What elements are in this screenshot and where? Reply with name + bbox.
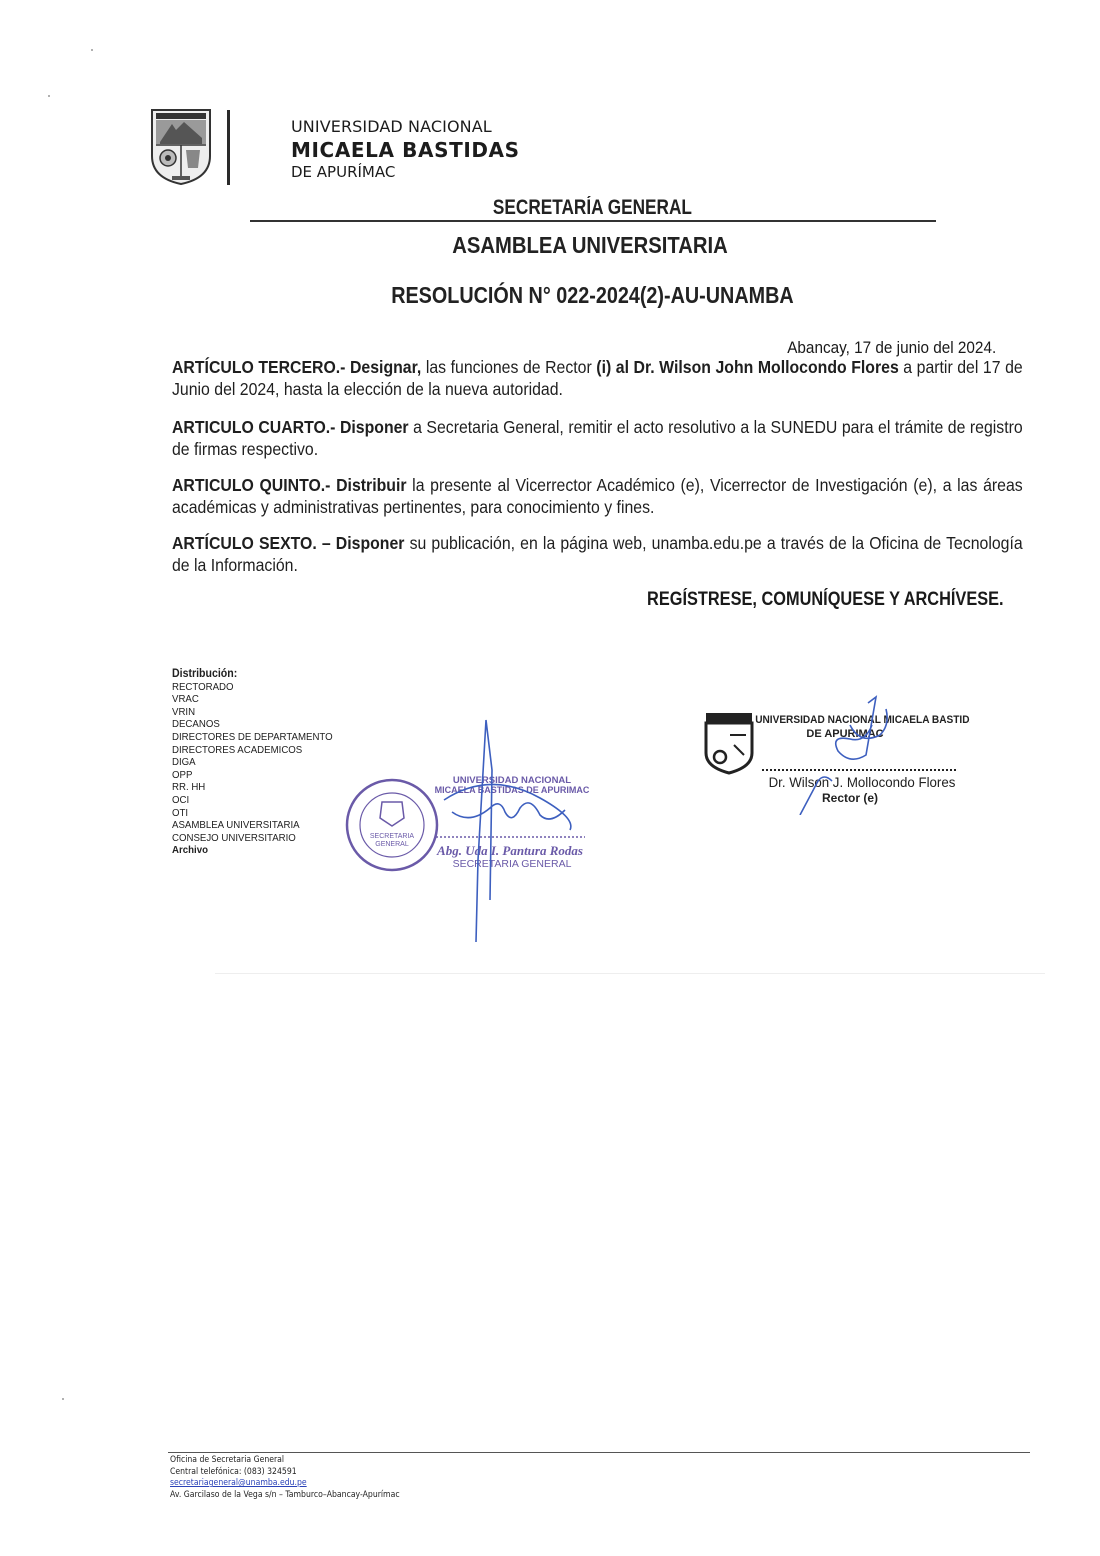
- svg-text:Abg. Uda I. Pantura Rodas: Abg. Uda I. Pantura Rodas: [436, 843, 583, 858]
- svg-text:UNIVERSIDAD NACIONAL MICAELA B: UNIVERSIDAD NACIONAL MICAELA BASTIDAS: [755, 714, 970, 726]
- handwritten-signature: [444, 720, 571, 942]
- svg-text:GENERAL: GENERAL: [375, 841, 409, 848]
- article-cuarto: ARTICULO CUARTO.- Disponer a Secretaria …: [172, 416, 1023, 460]
- article-text: Disponer: [331, 533, 405, 553]
- footer-rule: [168, 1452, 1030, 1453]
- scan-speck: [91, 49, 93, 51]
- article-heading: ARTÍCULO SEXTO. –: [172, 533, 331, 553]
- institution-line3: DE APURÍMAC: [291, 162, 520, 182]
- distribution-item: VRAC: [172, 693, 333, 706]
- article-heading: ARTÍCULO TERCERO.-: [172, 357, 345, 377]
- header-rule: [250, 220, 936, 222]
- svg-text:SECRETARIA GENERAL: SECRETARIA GENERAL: [453, 858, 572, 870]
- article-text: Distribuir: [330, 475, 406, 495]
- closing-formula: REGÍSTRESE, COMUNÍQUESE Y ARCHÍVESE.: [647, 589, 1004, 611]
- document-page: UNIVERSIDAD NACIONAL MICAELA BASTIDAS DE…: [0, 0, 1100, 1556]
- article-sexto: ARTÍCULO SEXTO. – Disponer su publicació…: [172, 532, 1023, 576]
- article-heading: ARTICULO QUINTO.-: [172, 475, 330, 495]
- distribution-item: VRIN: [172, 706, 333, 719]
- svg-text:Rector (e): Rector (e): [822, 791, 878, 805]
- secretary-stamp: SECRETARIA GENERAL UNIVERSIDAD NACIONAL …: [340, 700, 600, 950]
- distribution-item: DIRECTORES ACADEMICOS: [172, 744, 333, 757]
- body-title: ASAMBLEA UNIVERSITARIA: [71, 232, 1100, 259]
- scan-speck: [48, 95, 50, 97]
- distribution-heading: Distribución:: [172, 668, 333, 681]
- distribution-item: CONSEJO UNIVERSITARIO: [172, 832, 333, 845]
- article-text: Disponer: [335, 417, 408, 437]
- footer-email-link[interactable]: secretariageneral@unamba.edu.pe: [170, 1478, 307, 1488]
- svg-text:SECRETARIA: SECRETARIA: [370, 833, 415, 840]
- distribution-items: RECTORADOVRACVRINDECANOSDIRECTORES DE DE…: [172, 681, 333, 845]
- resolution-title: RESOLUCIÓN N° 022-2024(2)-AU-UNAMBA: [83, 282, 1100, 309]
- scan-speck: [62, 1398, 64, 1400]
- footer-address: Av. Garcilaso de la Vega s/n – Tamburco–…: [170, 1490, 400, 1502]
- institution-line2: MICAELA BASTIDAS: [291, 138, 520, 162]
- footer: Oficina de Secretaria General Central te…: [170, 1455, 400, 1501]
- distribution-item: DIRECTORES DE DEPARTAMENTO: [172, 731, 333, 744]
- university-crest-icon: [706, 713, 752, 773]
- rector-stamp: UNIVERSIDAD NACIONAL MICAELA BASTIDAS DE…: [700, 695, 970, 815]
- institution-name: UNIVERSIDAD NACIONAL MICAELA BASTIDAS DE…: [291, 116, 520, 182]
- institution-line1: UNIVERSIDAD NACIONAL: [291, 116, 520, 138]
- footer-office: Oficina de Secretaria General: [170, 1455, 400, 1467]
- university-crest-icon: [150, 108, 212, 186]
- official-seal-icon: SECRETARIA GENERAL: [347, 780, 437, 870]
- distribution-item: ASAMBLEA UNIVERSITARIA: [172, 819, 333, 832]
- distribution-item: RECTORADO: [172, 681, 333, 694]
- article-text: (i) al Dr. Wilson John Mollocondo Flores: [596, 357, 898, 377]
- article-tercero: ARTÍCULO TERCERO.- Designar, las funcion…: [172, 356, 1023, 400]
- distribution-item: RR. HH: [172, 781, 333, 794]
- footer-phone: Central telefónica: (083) 324591: [170, 1467, 400, 1479]
- article-quinto: ARTICULO QUINTO.- Distribuir la presente…: [172, 474, 1023, 518]
- svg-text:Dr. Wilson J. Mollocondo Flore: Dr. Wilson J. Mollocondo Flores: [769, 775, 956, 790]
- distribution-item: OCI: [172, 794, 333, 807]
- distribution-item: DECANOS: [172, 718, 333, 731]
- date-line: Abancay, 17 de junio del 2024.: [787, 338, 996, 358]
- distribution-list: Distribución: RECTORADOVRACVRINDECANOSDI…: [172, 668, 333, 857]
- distribution-item: OPP: [172, 769, 333, 782]
- office-title: SECRETARÍA GENERAL: [107, 196, 1079, 220]
- distribution-item: Archivo: [172, 844, 333, 857]
- article-text: Designar,: [345, 357, 421, 377]
- distribution-item: DIGA: [172, 756, 333, 769]
- article-text: las funciones de Rector: [421, 357, 596, 377]
- header-divider: [227, 110, 230, 185]
- faint-scan-line: [215, 973, 1045, 974]
- distribution-item: OTI: [172, 807, 333, 820]
- article-heading: ARTICULO CUARTO.-: [172, 417, 335, 437]
